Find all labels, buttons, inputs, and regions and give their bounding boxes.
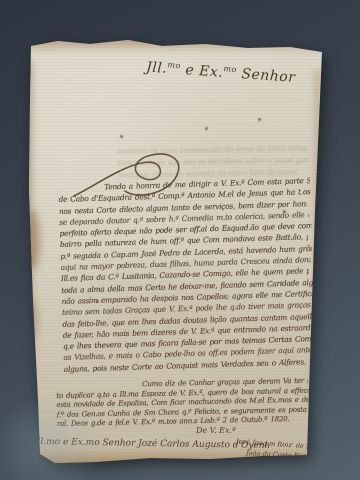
foxing-speck [205, 127, 208, 130]
salutation-abbrev: Jll. [146, 59, 168, 76]
signature-line: João da Costa Ferreira [246, 449, 322, 461]
paper-sheet: Jll.mo e Ex.mo Senhor sombras de tinta t… [0, 0, 360, 480]
foxing-speck [120, 135, 123, 138]
letter-closing: Cumo diz de Canhar graças que deram Va t… [56, 376, 309, 429]
foxing-speck [258, 118, 261, 121]
stain-blotch [312, 330, 322, 400]
salutation-superscript: mo [167, 60, 181, 70]
manuscript-paper: Jll.mo e Ex.mo Senhor sombras de tinta t… [0, 0, 360, 480]
valediction: De V. Ex.ª [196, 426, 236, 435]
salutation-abbrev: e Ex. [180, 62, 224, 81]
photo-background: Jll.mo e Ex.mo Senhor sombras de tinta t… [0, 0, 360, 480]
stain-blotch [24, 210, 40, 270]
stain-blotch [26, 300, 38, 340]
letter-body: Tendo a honrra de me dirigir a V. Ex.ª C… [58, 176, 316, 376]
salutation-superscript: mo [223, 64, 237, 74]
